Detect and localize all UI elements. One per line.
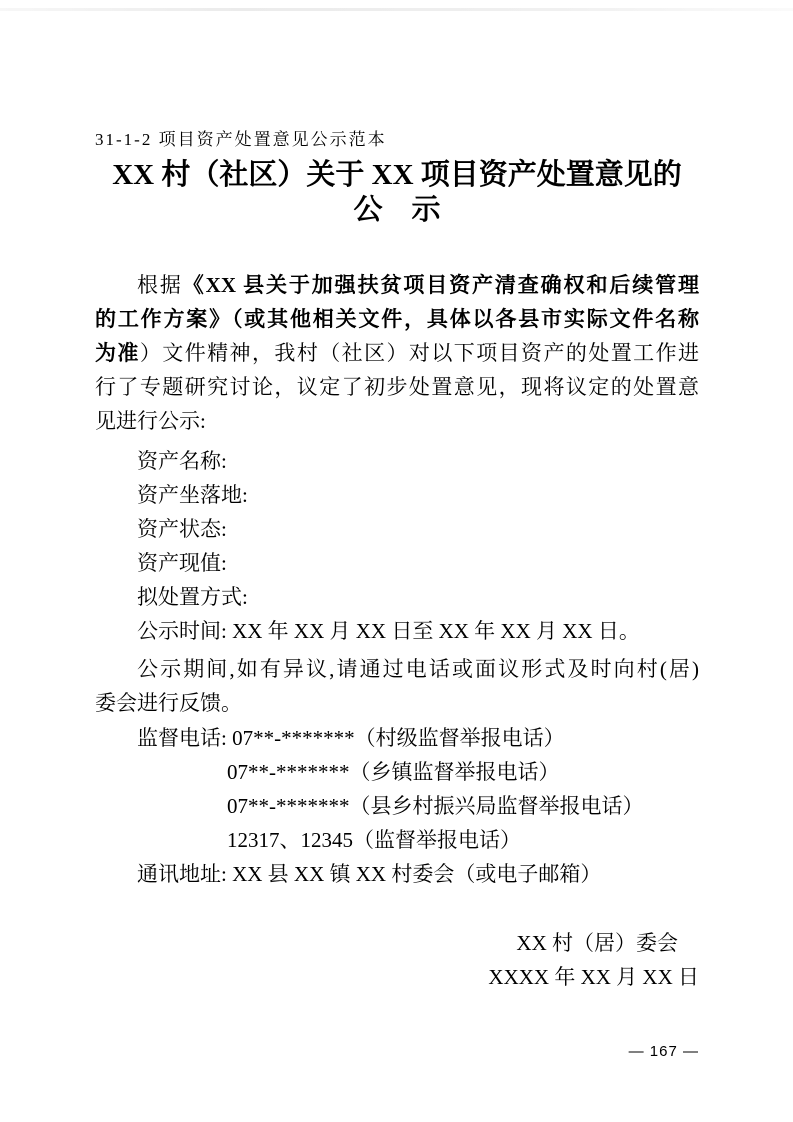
paragraph-text: 行了专题研究讨论，议定了初步处置意见，现将议定的处置意	[95, 375, 699, 399]
title-line-1: XX 村（社区）关于 XX 项目资产处置意见的	[95, 158, 699, 193]
scan-artifact-line	[0, 8, 793, 11]
field-asset-location: 资产坐落地:	[95, 478, 699, 512]
mailing-address: 通讯地址: XX 县 XX 镇 XX 村委会（或电子邮箱）	[95, 857, 699, 891]
paragraph-line: 为准）文件精神，我村（社区）对以下项目资产的处置工作进	[95, 336, 699, 370]
field-asset-status: 资产状态:	[95, 512, 699, 546]
intro-paragraph: 根据《XX 县关于加强扶贫项目资产清查确权和后续管理 的工作方案》（或其他相关文…	[95, 268, 699, 438]
supervision-phone-town: 07**-*******（乡镇监督举报电话）	[95, 755, 699, 789]
supervision-phone-county: 07**-*******（县乡村振兴局监督举报电话）	[95, 789, 699, 823]
paragraph-line: 委会进行反馈。	[95, 686, 699, 720]
paragraph-text: 见进行公示:	[95, 409, 206, 433]
paragraph-line: 行了专题研究讨论，议定了初步处置意见，现将议定的处置意	[95, 370, 699, 404]
document-title: XX 村（社区）关于 XX 项目资产处置意见的 公 示	[95, 158, 699, 228]
paragraph-line: 公示期间,如有异议,请通过电话或面议形式及时向村(居)	[95, 652, 699, 686]
field-asset-name: 资产名称:	[95, 444, 699, 478]
document-page: 31-1-2 项目资产处置意见公示范本 XX 村（社区）关于 XX 项目资产处置…	[0, 0, 793, 994]
signature-date: XXXX 年 XX 月 XX 日	[95, 960, 699, 994]
paragraph-line: 根据《XX 县关于加强扶贫项目资产清查确权和后续管理	[95, 268, 699, 302]
paragraph-text: ）文件精神，我村（社区）对以下项目资产的处置工作进	[140, 341, 699, 365]
signature-committee-name: XX 村（居）委会	[95, 926, 699, 960]
paragraph-bold-text: 为准	[95, 341, 140, 365]
paragraph-bold-text: 《XX 县关于加强扶贫项目资产清查确权和后续管理	[183, 273, 699, 297]
contact-info-block: 监督电话: 07**-*******（村级监督举报电话） 07**-******…	[95, 721, 699, 891]
page-number: — 167 —	[629, 1042, 699, 1062]
paragraph-bold-text: 的工作方案》（或其他相关文件，具体以各县市实际文件名称	[95, 307, 699, 331]
field-disposal-method: 拟处置方式:	[95, 580, 699, 614]
field-publicity-period: 公示时间: XX 年 XX 月 XX 日至 XX 年 XX 月 XX 日。	[95, 614, 699, 648]
signature-block: XX 村（居）委会 XXXX 年 XX 月 XX 日	[95, 926, 699, 994]
supervision-phone-hotlines: 12317、12345（监督举报电话）	[95, 823, 699, 857]
paragraph-line: 的工作方案》（或其他相关文件，具体以各县市实际文件名称	[95, 302, 699, 336]
title-line-2: 公 示	[95, 193, 699, 228]
feedback-paragraph: 公示期间,如有异议,请通过电话或面议形式及时向村(居) 委会进行反馈。	[95, 652, 699, 720]
field-asset-value: 资产现值:	[95, 546, 699, 580]
doc-template-label: 31-1-2 项目资产处置意见公示范本	[95, 0, 699, 150]
paragraph-line: 见进行公示:	[95, 404, 699, 438]
supervision-phone-village: 监督电话: 07**-*******（村级监督举报电话）	[95, 721, 699, 755]
paragraph-text: 根据	[137, 273, 183, 297]
asset-fields-list: 资产名称: 资产坐落地: 资产状态: 资产现值: 拟处置方式: 公示时间: XX…	[95, 444, 699, 648]
